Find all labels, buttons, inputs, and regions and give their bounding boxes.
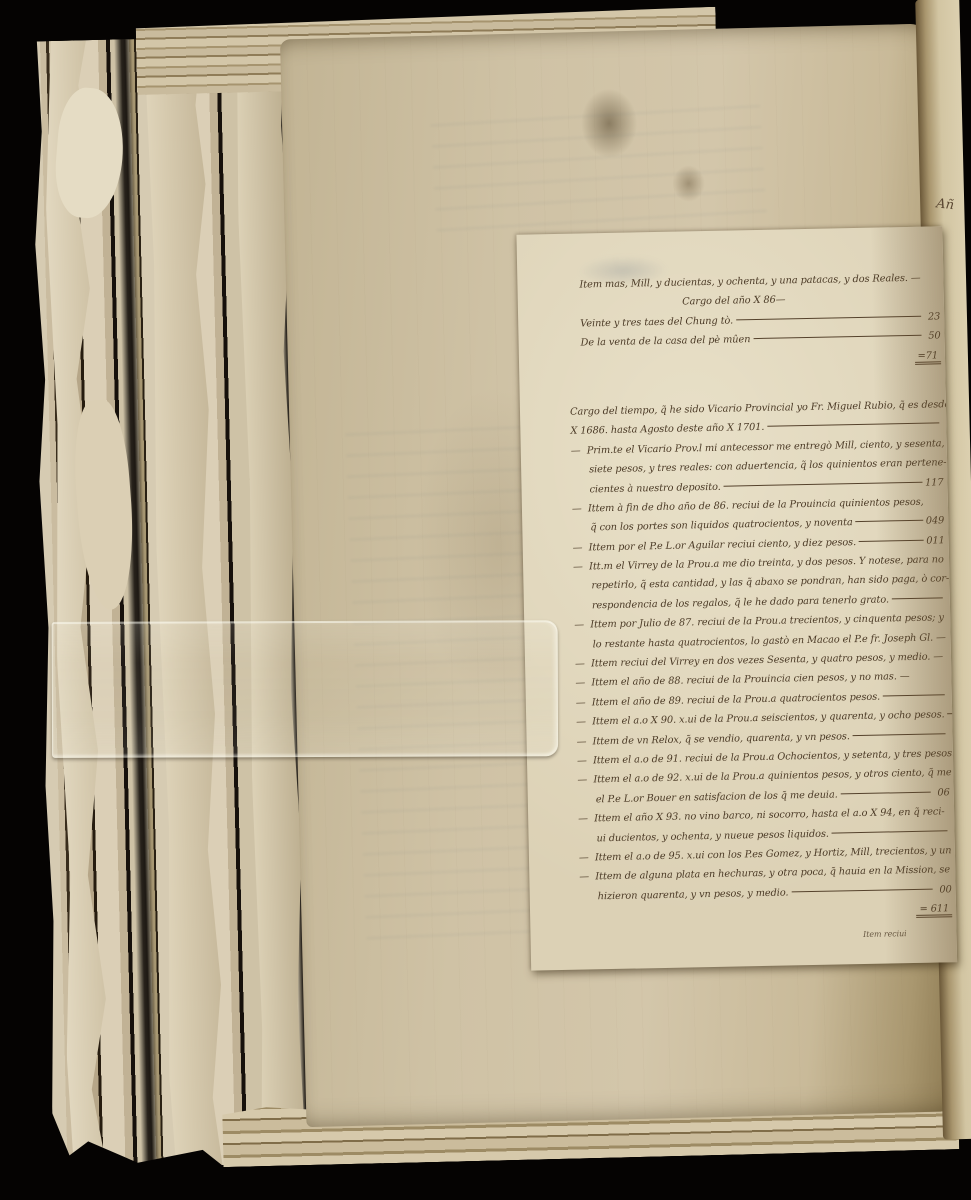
entry-rule-line <box>856 520 923 522</box>
entry-rule-line <box>791 888 932 892</box>
entry-text: Veinte y tres taes del Chung tò. <box>580 315 733 329</box>
glass-weight-strip <box>52 620 558 758</box>
entry-rule-line <box>859 539 923 541</box>
entry-amount: 117 <box>925 477 944 488</box>
entry-dash-icon: — <box>577 775 593 786</box>
entry-dash-icon: — <box>576 697 592 708</box>
manuscript-line: Item reciui <box>581 928 953 955</box>
manuscript-text-block: Item mas, Mill, y ducientas, y ochenta, … <box>567 272 952 954</box>
entry-text: De la venta de la casa del pè mûen <box>581 334 751 348</box>
entry-dash-icon: — <box>576 717 592 728</box>
entry-dash-icon: — <box>573 542 589 553</box>
left-page-edge-stack <box>26 35 325 1169</box>
entry-rule-line <box>841 791 931 794</box>
entry-dash-icon: — <box>575 658 591 669</box>
entry-amount: 50 <box>924 330 940 341</box>
entry-dash-icon: — <box>579 872 595 883</box>
entry-amount: 011 <box>926 535 945 546</box>
inserted-account-sheet: Item mas, Mill, y ducientas, y ochenta, … <box>516 226 957 970</box>
entry-rule-line <box>883 694 945 696</box>
entry-amount: 00 <box>936 884 952 895</box>
entry-dash-icon: — <box>574 620 590 631</box>
entry-rule-line <box>753 335 921 339</box>
entry-text: Cargo del año X 86— <box>682 295 785 308</box>
entry-amount: =71 <box>914 350 941 365</box>
entry-dash-icon: — <box>578 814 594 825</box>
entry-rule-line <box>736 315 921 320</box>
manuscript-book: Añ Item mas, Mill, y ducientas, y ochent… <box>17 0 971 1178</box>
entry-rule-line <box>767 423 939 427</box>
entry-dash-icon: — <box>577 736 593 747</box>
entry-amount: 049 <box>926 516 945 527</box>
entry-text: cientes à nuestro deposito. <box>589 481 720 495</box>
entry-rule-line <box>832 830 948 833</box>
entry-amount: 23 <box>924 311 940 322</box>
entry-dash-icon: — <box>572 503 588 514</box>
torn-page-edge <box>144 37 230 1166</box>
entry-dash-icon: — <box>577 755 593 766</box>
entry-dash-icon: — <box>575 678 591 689</box>
entry-rule-line <box>724 481 922 486</box>
entry-text: Item reciui <box>863 929 907 939</box>
entry-amount: 06 <box>934 787 950 798</box>
next-page-header-fragment: Añ <box>935 196 954 213</box>
entry-amount: = 611 <box>916 903 952 918</box>
bleedthrough-ghost-text <box>430 92 767 231</box>
entry-rule-line <box>892 597 943 599</box>
entry-rule-line <box>853 733 946 736</box>
entry-dash-icon: — <box>573 561 589 572</box>
entry-dash-icon: — <box>579 852 595 863</box>
entry-dash-icon: — <box>571 445 587 456</box>
